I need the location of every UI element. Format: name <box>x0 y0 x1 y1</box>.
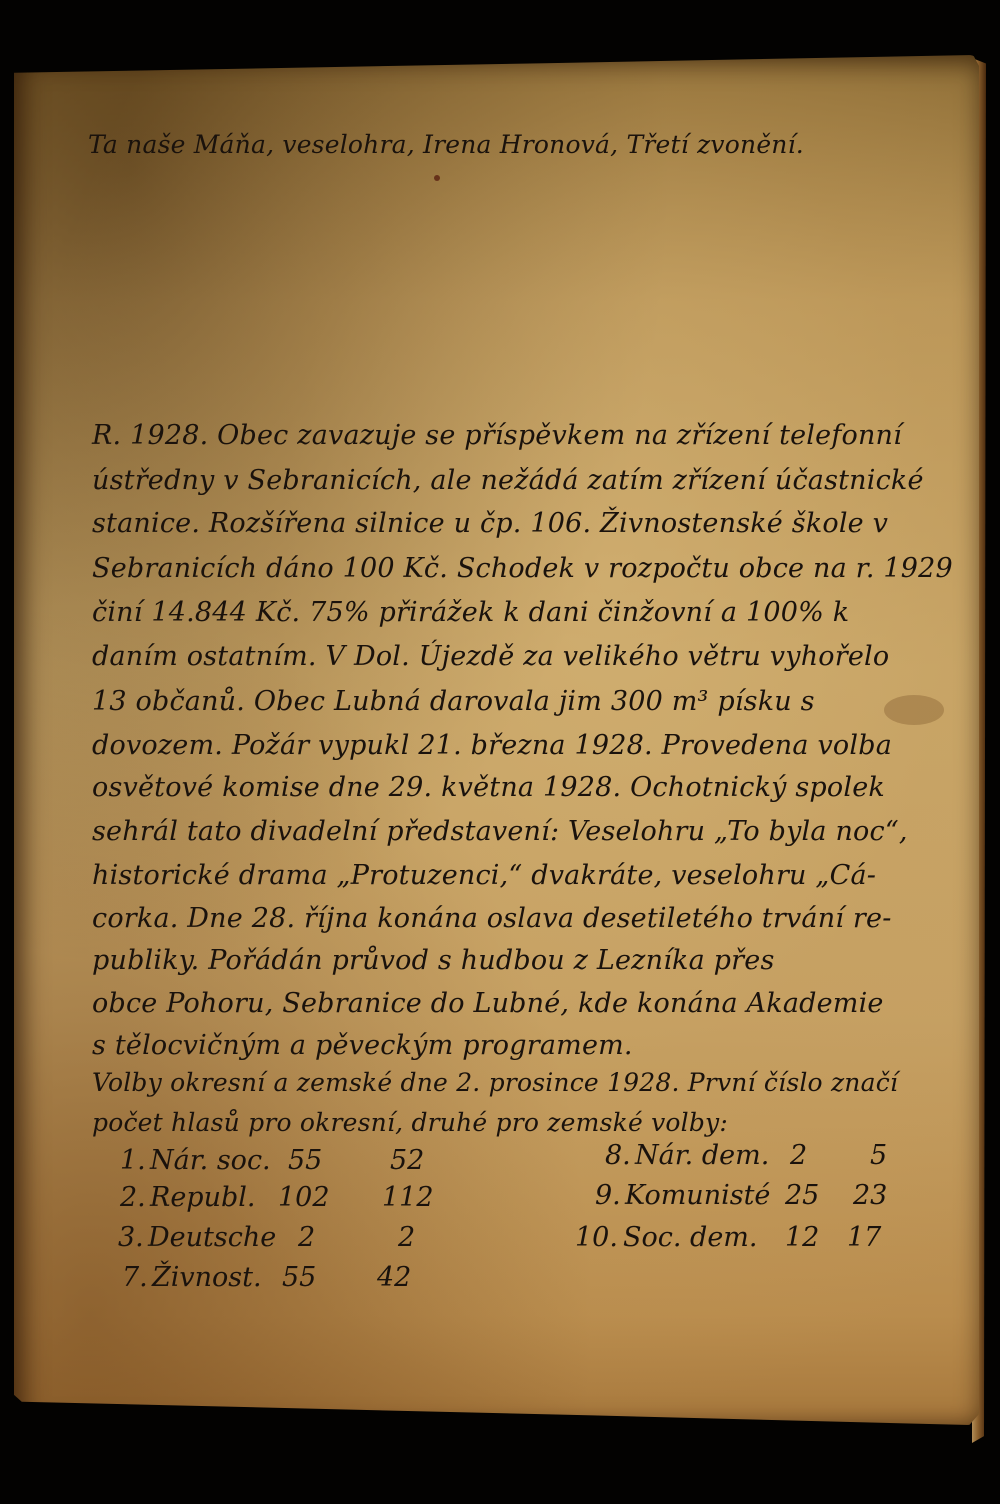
body-line-12: corka. Dne 28. října konána oslava deset… <box>92 903 892 934</box>
result-no: 9. <box>595 1180 621 1211</box>
result-no: 8. <box>605 1140 631 1171</box>
body-line-3: stanice. Rozšířena silnice u čp. 106. Ži… <box>92 508 888 539</box>
body-line-16: Volby okresní a zemské dne 2. prosince 1… <box>92 1068 898 1097</box>
result-provincial: 5 <box>870 1140 887 1171</box>
heading-line: Ta naše Máňa, veselohra, Irena Hronová, … <box>88 130 804 159</box>
result-party: Deutsche <box>148 1222 276 1253</box>
result-provincial: 42 <box>377 1262 411 1293</box>
result-party: Nár. soc. <box>150 1145 271 1176</box>
result-no: 7. <box>122 1262 148 1293</box>
result-party: Komunisté <box>625 1180 770 1211</box>
body-line-13: publiky. Pořádán průvod s hudbou z Lezní… <box>92 945 775 976</box>
result-no: 2. <box>120 1182 146 1213</box>
body-line-10: sehrál tato divadelní představení: Vesel… <box>92 816 908 847</box>
body-line-15: s tělocvičným a pěveckým programem. <box>92 1030 633 1061</box>
result-party: Nár. dem. <box>635 1140 769 1171</box>
body-line-6: daním ostatním. V Dol. Újezdě za velikéh… <box>92 641 889 672</box>
result-district: 102 <box>278 1182 330 1213</box>
result-district: 25 <box>785 1180 819 1211</box>
result-no: 1. <box>120 1145 146 1176</box>
result-provincial: 23 <box>853 1180 887 1211</box>
result-provincial: 52 <box>390 1145 424 1176</box>
result-no: 3. <box>118 1222 144 1253</box>
body-line-2: ústředny v Sebranicích, ale nežádá zatím… <box>92 465 924 496</box>
result-district: 2 <box>790 1140 807 1171</box>
body-line-1: R. 1928. Obec zavazuje se příspěvkem na … <box>92 420 902 451</box>
result-party: Republ. <box>150 1182 255 1213</box>
body-line-14: obce Pohoru, Sebranice do Lubné, kde kon… <box>92 988 884 1019</box>
result-district: 2 <box>298 1222 315 1253</box>
result-party: Živnost. <box>152 1262 262 1293</box>
result-provincial: 17 <box>847 1222 881 1253</box>
body-line-5: činí 14.844 Kč. 75% přirážek k dani činž… <box>92 597 849 628</box>
body-line-17: počet hlasů pro okresní, druhé pro zemsk… <box>92 1108 728 1137</box>
body-line-4: Sebranicích dáno 100 Kč. Schodek v rozpo… <box>92 553 953 584</box>
body-line-9: osvětové komise dne 29. května 1928. Och… <box>92 772 885 803</box>
result-party: Soc. dem. <box>623 1222 758 1253</box>
paper-stain <box>434 175 440 181</box>
result-district: 55 <box>288 1145 322 1176</box>
result-provincial: 112 <box>382 1182 434 1213</box>
body-line-8: dovozem. Požár vypukl 21. března 1928. P… <box>92 730 892 761</box>
result-provincial: 2 <box>398 1222 415 1253</box>
result-no: 10. <box>575 1222 618 1253</box>
result-district: 55 <box>282 1262 316 1293</box>
body-line-7: 13 občanů. Obec Lubná darovala jim 300 m… <box>92 686 815 717</box>
paper-stain <box>884 695 944 725</box>
body-line-11: historické drama „Protuzenci,“ dvakráte,… <box>92 860 876 891</box>
result-district: 12 <box>785 1222 819 1253</box>
photo-scene: Ta naše Máňa, veselohra, Irena Hronová, … <box>0 0 1000 1504</box>
